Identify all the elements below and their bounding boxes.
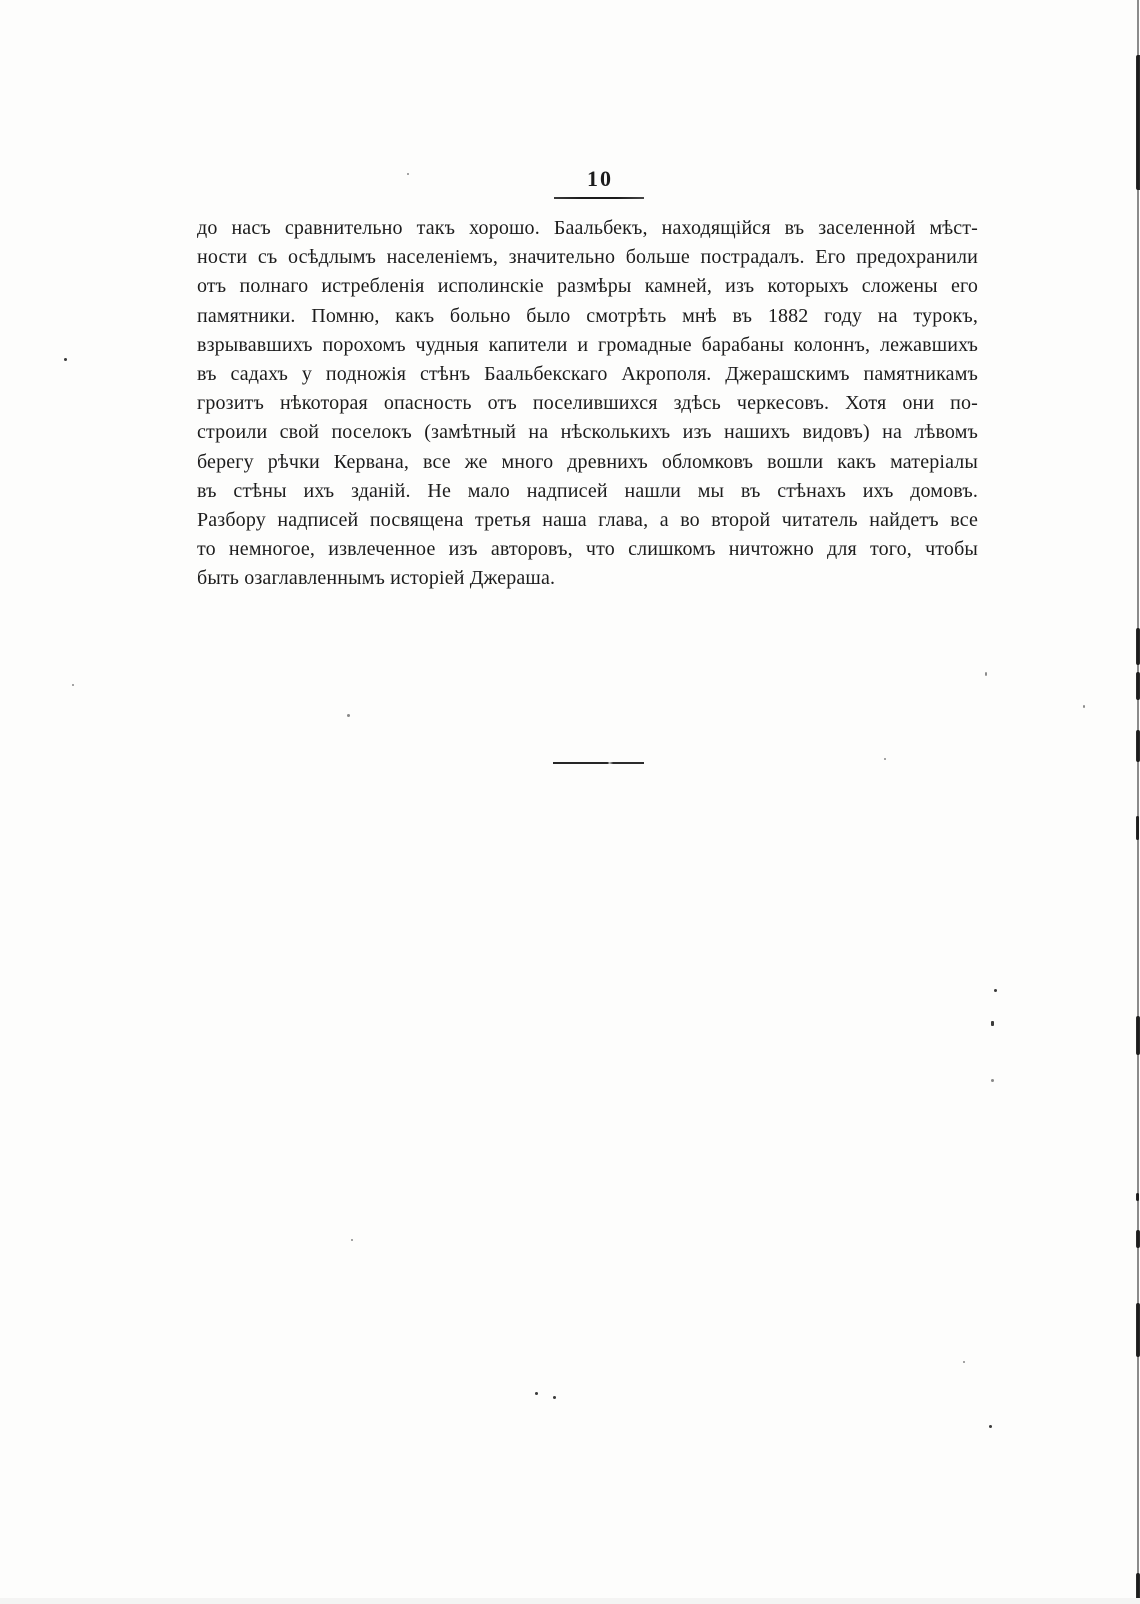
page-bottom-edge: [0, 1598, 1140, 1604]
scan-speck: [963, 1361, 965, 1363]
text-line: Разбору надписей посвящена третья наша г…: [197, 506, 978, 535]
scan-speck: [1083, 705, 1085, 708]
text-line: до насъ сравнительно такъ хорошо. Баальб…: [197, 214, 978, 243]
text-line: взрывавшихъ порохомъ чудныя капители и г…: [197, 331, 978, 360]
scan-speck: [347, 714, 350, 717]
text-line: въ стѣны ихъ зданій. Не мало надписей на…: [197, 477, 978, 506]
scan-speck: [985, 672, 987, 676]
body-text: до насъ сравнительно такъ хорошо. Баальб…: [197, 214, 978, 594]
scan-speck: [991, 1079, 994, 1082]
scan-speck: [64, 358, 67, 361]
text-line: строили свой поселокъ (замѣтный на нѣско…: [197, 418, 978, 447]
scan-speck: [989, 1425, 992, 1428]
scan-speck: [535, 1392, 538, 1395]
page-number: 10: [552, 166, 648, 192]
text-line: берегу рѣчки Кервана, все же много древн…: [197, 448, 978, 477]
scan-speck: [351, 1239, 353, 1241]
scan-speck: [72, 684, 74, 686]
scan-speck: [553, 1396, 556, 1399]
text-line: въ садахъ у подножія стѣнъ Баальбекскаго…: [197, 360, 978, 389]
section-divider: [553, 762, 644, 764]
text-line: быть озаглавленнымъ исторіей Джераша.: [197, 564, 978, 593]
scan-edge-artifact: [1136, 0, 1140, 1604]
text-line: отъ полнаго истребленія исполинскіе разм…: [197, 272, 978, 301]
page-number-rule: [554, 197, 644, 199]
page-header: 10: [552, 166, 648, 192]
scan-speck: [991, 1021, 994, 1026]
scan-speck: [884, 758, 886, 760]
book-page: 10 до насъ сравнительно такъ хорошо. Баа…: [0, 0, 1140, 1604]
scan-speck: [407, 173, 409, 175]
text-line: ности съ осѣдлымъ населеніемъ, значитель…: [197, 243, 978, 272]
scan-speck: [994, 989, 997, 992]
text-line: то немногое, извлеченное изъ авторовъ, ч…: [197, 535, 978, 564]
text-line: грозитъ нѣкоторая опасность отъ поселивш…: [197, 389, 978, 418]
text-line: памятники. Помню, какъ больно было смотр…: [197, 302, 978, 331]
